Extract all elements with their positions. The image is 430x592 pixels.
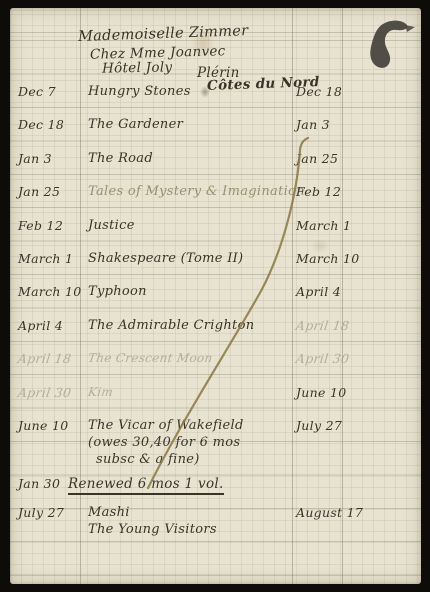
date-borrowed: April 30 bbox=[17, 385, 85, 400]
date-borrowed: Jan 25 bbox=[18, 184, 84, 199]
fee-note-line-2: subsc & a fine) bbox=[96, 452, 200, 467]
date-borrowed: March 10 bbox=[18, 284, 84, 299]
book-title: The Road bbox=[88, 151, 153, 166]
book-title: Typhoon bbox=[88, 284, 147, 299]
book-title: The Admirable Crighton bbox=[88, 318, 254, 333]
book-title: Tales of Mystery & Imagination bbox=[88, 184, 305, 199]
date-returned: Feb 12 bbox=[296, 184, 416, 199]
borrower-name: Mademoiselle Zimmer bbox=[78, 23, 249, 45]
fee-note-line-1: (owes 30,40 for 6 mos bbox=[88, 435, 240, 450]
date-returned: June 10 bbox=[296, 385, 416, 400]
date-borrowed: Dec 18 bbox=[18, 117, 84, 132]
renewal-note: Renewed 6 mos 1 vol. bbox=[68, 476, 224, 495]
photo-background: { "colors": { "photo_background": "#0e0c… bbox=[0, 0, 430, 592]
date-borrowed: July 27 bbox=[18, 505, 84, 520]
date-returned: March 1 bbox=[296, 218, 416, 233]
date-returned: July 27 bbox=[296, 418, 416, 433]
borrower-address-line-2: Hôtel Joly bbox=[102, 59, 173, 76]
date-borrowed: April 4 bbox=[18, 318, 84, 333]
date-returned: April 18 bbox=[295, 318, 417, 333]
book-title-second: The Young Visitors bbox=[88, 522, 217, 537]
column-divider-right bbox=[292, 8, 293, 584]
date-borrowed: April 18 bbox=[17, 351, 85, 366]
date-borrowed: March 1 bbox=[18, 251, 84, 266]
book-title: Hungry Stones bbox=[88, 84, 191, 99]
date-borrowed: Feb 12 bbox=[18, 218, 84, 233]
date-returned: April 4 bbox=[296, 284, 416, 299]
lending-card: Mademoiselle Zimmer Chez Mme Joanvec Hôt… bbox=[10, 8, 421, 584]
date-borrowed: June 10 bbox=[18, 418, 84, 433]
ink-blot bbox=[355, 18, 417, 80]
book-title: The Vicar of Wakefield bbox=[88, 418, 244, 433]
book-title: Mashi bbox=[88, 505, 130, 520]
date-returned: August 17 bbox=[296, 505, 416, 520]
date-borrowed: Dec 7 bbox=[18, 84, 84, 99]
date-returned: April 30 bbox=[295, 351, 417, 366]
date-borrowed: Jan 3 bbox=[18, 151, 84, 166]
date-returned: Dec 18 bbox=[296, 84, 416, 99]
book-title: The Crescent Moon bbox=[87, 351, 214, 365]
date-returned: Jan 3 bbox=[296, 117, 416, 132]
book-title: Shakespeare (Tome II) bbox=[88, 251, 243, 266]
date-returned: March 10 bbox=[296, 251, 416, 266]
date-returned: Jan 25 bbox=[296, 151, 416, 166]
book-title: The Gardener bbox=[88, 117, 183, 132]
book-title: Kim bbox=[87, 385, 114, 399]
book-title: Justice bbox=[88, 218, 135, 233]
